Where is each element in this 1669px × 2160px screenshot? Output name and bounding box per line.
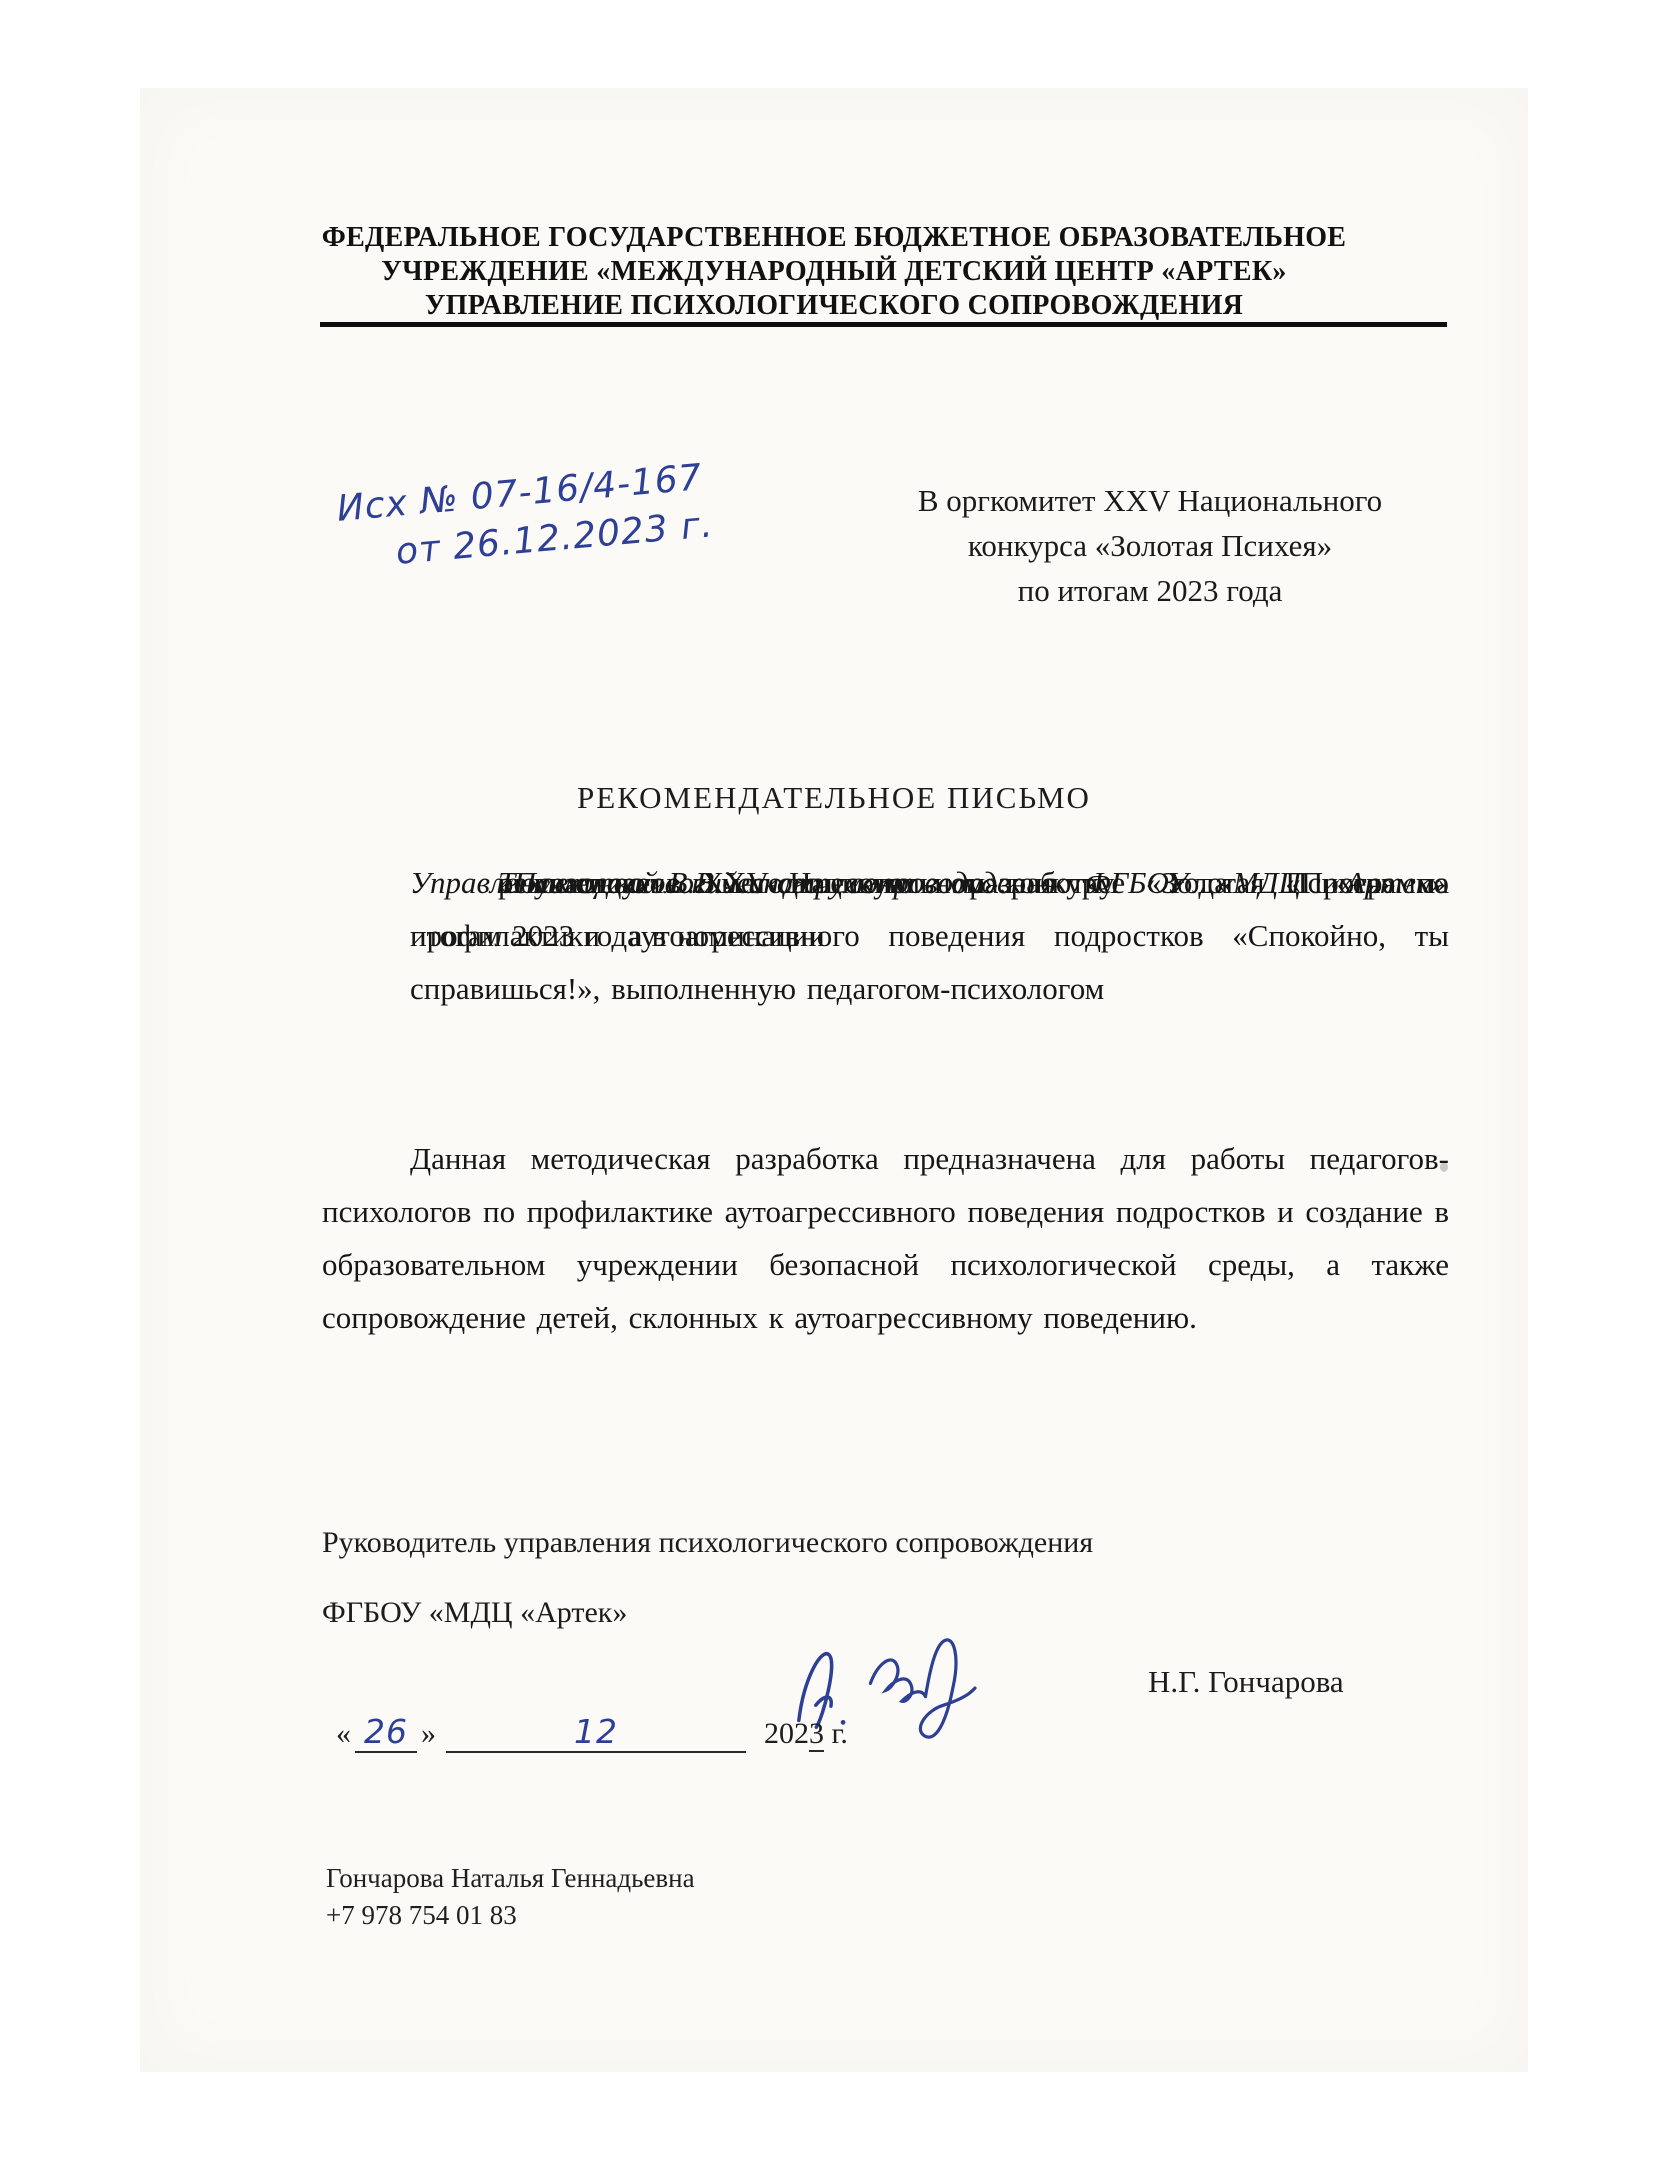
body-paragraph-2: Данная методическая разработка предназна… [322, 1132, 1449, 1344]
recipient-line-2: конкурса «Золотая Психея» [840, 523, 1460, 568]
letterhead-line-3: УПРАВЛЕНИЕ ПСИХОЛОГИЧЕСКОГО СОПРОВОЖДЕНИ… [140, 289, 1528, 323]
recipient-line-1: В оргкомитет XXV Национального [840, 478, 1460, 523]
recipient-block: В оргкомитет XXV Национального конкурса … [840, 478, 1460, 613]
handwritten-day: 26 [364, 1712, 408, 1751]
scanned-paper-sheet: ФЕДЕРАЛЬНОЕ ГОСУДАРСТВЕННОЕ БЮДЖЕТНОЕ ОБ… [140, 88, 1528, 2072]
day-close-quote: » [421, 1717, 436, 1750]
scanned-letter-page: { "document": { "letterhead": { "line1":… [0, 0, 1669, 2160]
year-prefix: 202 [764, 1717, 809, 1750]
paragraph1-nomination: «Психологический инструмент года». [410, 856, 1007, 909]
contact-name: Гончарова Наталья Геннадьевна [326, 1860, 695, 1897]
recipient-line-3: по итогам 2023 года [840, 568, 1460, 613]
year-last-digit: 3 [809, 1717, 824, 1752]
signatory-name: Н.Г. Гончарова [1148, 1664, 1344, 1700]
year-suffix: г. [824, 1717, 848, 1750]
contact-block: Гончарова Наталья Геннадьевна +7 978 754… [326, 1860, 695, 1934]
signoff-role-line-2: ФГБОУ «МДЦ «Артек» [322, 1596, 627, 1630]
letterhead-line-1: ФЕДЕРАЛЬНОЕ ГОСУДАРСТВЕННОЕ БЮДЖЕТНОЕ ОБ… [140, 221, 1528, 255]
day-open-quote: « [336, 1717, 351, 1750]
signoff-role-line-1: Руководитель управления психологического… [322, 1526, 1093, 1560]
document-title: РЕКОМЕНДАТЕЛЬНОЕ ПИСЬМО [140, 780, 1528, 816]
handwritten-outgoing-number: Исх № 07-16/4-167 от 26.12.2023 г. [335, 441, 861, 582]
letterhead-line-2: УЧРЕЖДЕНИЕ «МЕЖДУНАРОДНЫЙ ДЕТСКИЙ ЦЕНТР … [140, 255, 1528, 289]
date-line: «26»122023 г. [336, 1712, 848, 1753]
letterhead-divider [320, 322, 1447, 327]
contact-phone: +7 978 754 01 83 [326, 1897, 695, 1934]
handwritten-month: 12 [574, 1712, 618, 1751]
